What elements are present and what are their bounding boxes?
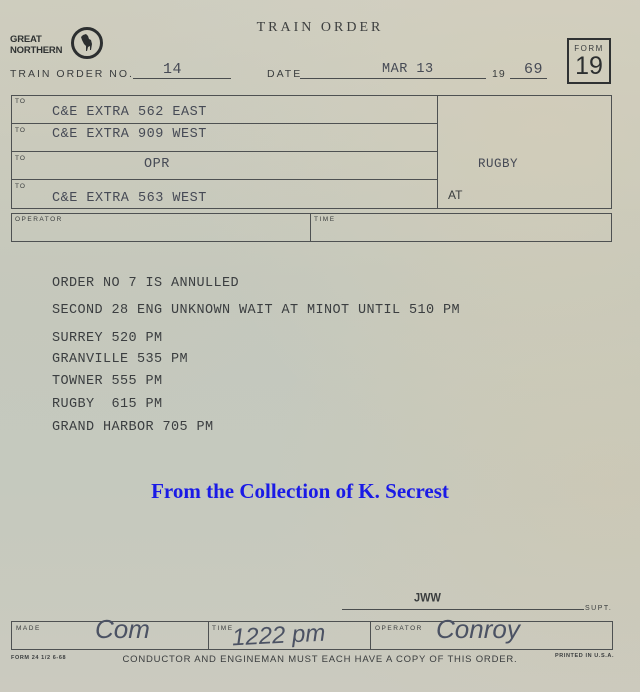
completion-divider bbox=[208, 621, 209, 650]
printed-in-usa: PRINTED IN U.S.A. bbox=[555, 653, 614, 659]
order-line-1: ORDER NO 7 IS ANNULLED bbox=[52, 276, 239, 291]
date-value: MAR 13 bbox=[382, 62, 434, 77]
to-label: TO bbox=[15, 183, 26, 190]
railroad-logo-text: GREAT NORTHERN bbox=[10, 35, 62, 56]
order-line-6: RUGBY 615 PM bbox=[52, 397, 163, 412]
recipients-row-divider bbox=[11, 179, 437, 180]
logo-line-2: NORTHERN bbox=[10, 46, 62, 57]
order-line-7: GRAND HARBOR 705 PM bbox=[52, 420, 214, 435]
train-order-no-field[interactable]: 14 bbox=[133, 64, 231, 79]
order-line-4: GRANVILLE 535 PM bbox=[52, 352, 188, 367]
order-line-2: SECOND 28 ENG UNKNOWN WAIT AT MINOT UNTI… bbox=[52, 303, 460, 318]
time-label: TIME bbox=[314, 216, 336, 223]
station-name[interactable]: RUGBY bbox=[478, 157, 518, 171]
recipient-4[interactable]: C&E EXTRA 563 WEST bbox=[52, 191, 207, 206]
completion-operator-value[interactable]: Conroy bbox=[436, 614, 520, 645]
to-label: TO bbox=[15, 98, 26, 105]
recipient-1[interactable]: C&E EXTRA 562 EAST bbox=[52, 105, 207, 120]
at-label: AT bbox=[448, 188, 462, 202]
supt-label: SUPT. bbox=[585, 605, 612, 612]
made-value[interactable]: Com bbox=[95, 614, 150, 645]
superintendent-signature-line bbox=[342, 596, 584, 610]
date-field[interactable]: MAR 13 bbox=[300, 64, 486, 79]
order-line-5: TOWNER 555 PM bbox=[52, 374, 163, 389]
completion-time-value[interactable]: 1222 pm bbox=[231, 620, 326, 653]
year-value: 69 bbox=[524, 61, 543, 78]
recipients-row-divider bbox=[11, 151, 437, 152]
to-label: TO bbox=[15, 127, 26, 134]
collection-watermark: From the Collection of K. Secrest bbox=[0, 479, 600, 504]
train-order-no-label: TRAIN ORDER NO. bbox=[10, 68, 134, 80]
recipient-3[interactable]: OPR bbox=[144, 157, 170, 172]
operator-label: OPERATOR bbox=[15, 216, 63, 223]
operator-time-divider bbox=[310, 213, 311, 242]
year-prefix: 19 bbox=[492, 68, 506, 80]
footer-notice: CONDUCTOR AND ENGINEMAN MUST EACH HAVE A… bbox=[0, 654, 640, 665]
date-label: DATE bbox=[267, 68, 302, 80]
mountain-goat-icon bbox=[71, 27, 103, 59]
to-label: TO bbox=[15, 155, 26, 162]
form-number: 19 bbox=[569, 53, 609, 79]
year-field[interactable]: 69 bbox=[510, 64, 547, 79]
operator-time-box bbox=[11, 213, 612, 242]
train-order-no-value: 14 bbox=[163, 61, 182, 78]
recipient-2[interactable]: C&E EXTRA 909 WEST bbox=[52, 127, 207, 142]
recipients-divider bbox=[437, 95, 438, 209]
completion-divider bbox=[370, 621, 371, 650]
made-label: MADE bbox=[16, 625, 41, 632]
logo-line-1: GREAT bbox=[10, 35, 62, 46]
recipients-row-divider bbox=[11, 123, 437, 124]
completion-operator-label: OPERATOR bbox=[375, 625, 423, 632]
form-number-box: FORM 19 bbox=[567, 38, 611, 84]
completion-time-label: TIME bbox=[212, 625, 234, 632]
order-line-3: SURREY 520 PM bbox=[52, 331, 163, 346]
